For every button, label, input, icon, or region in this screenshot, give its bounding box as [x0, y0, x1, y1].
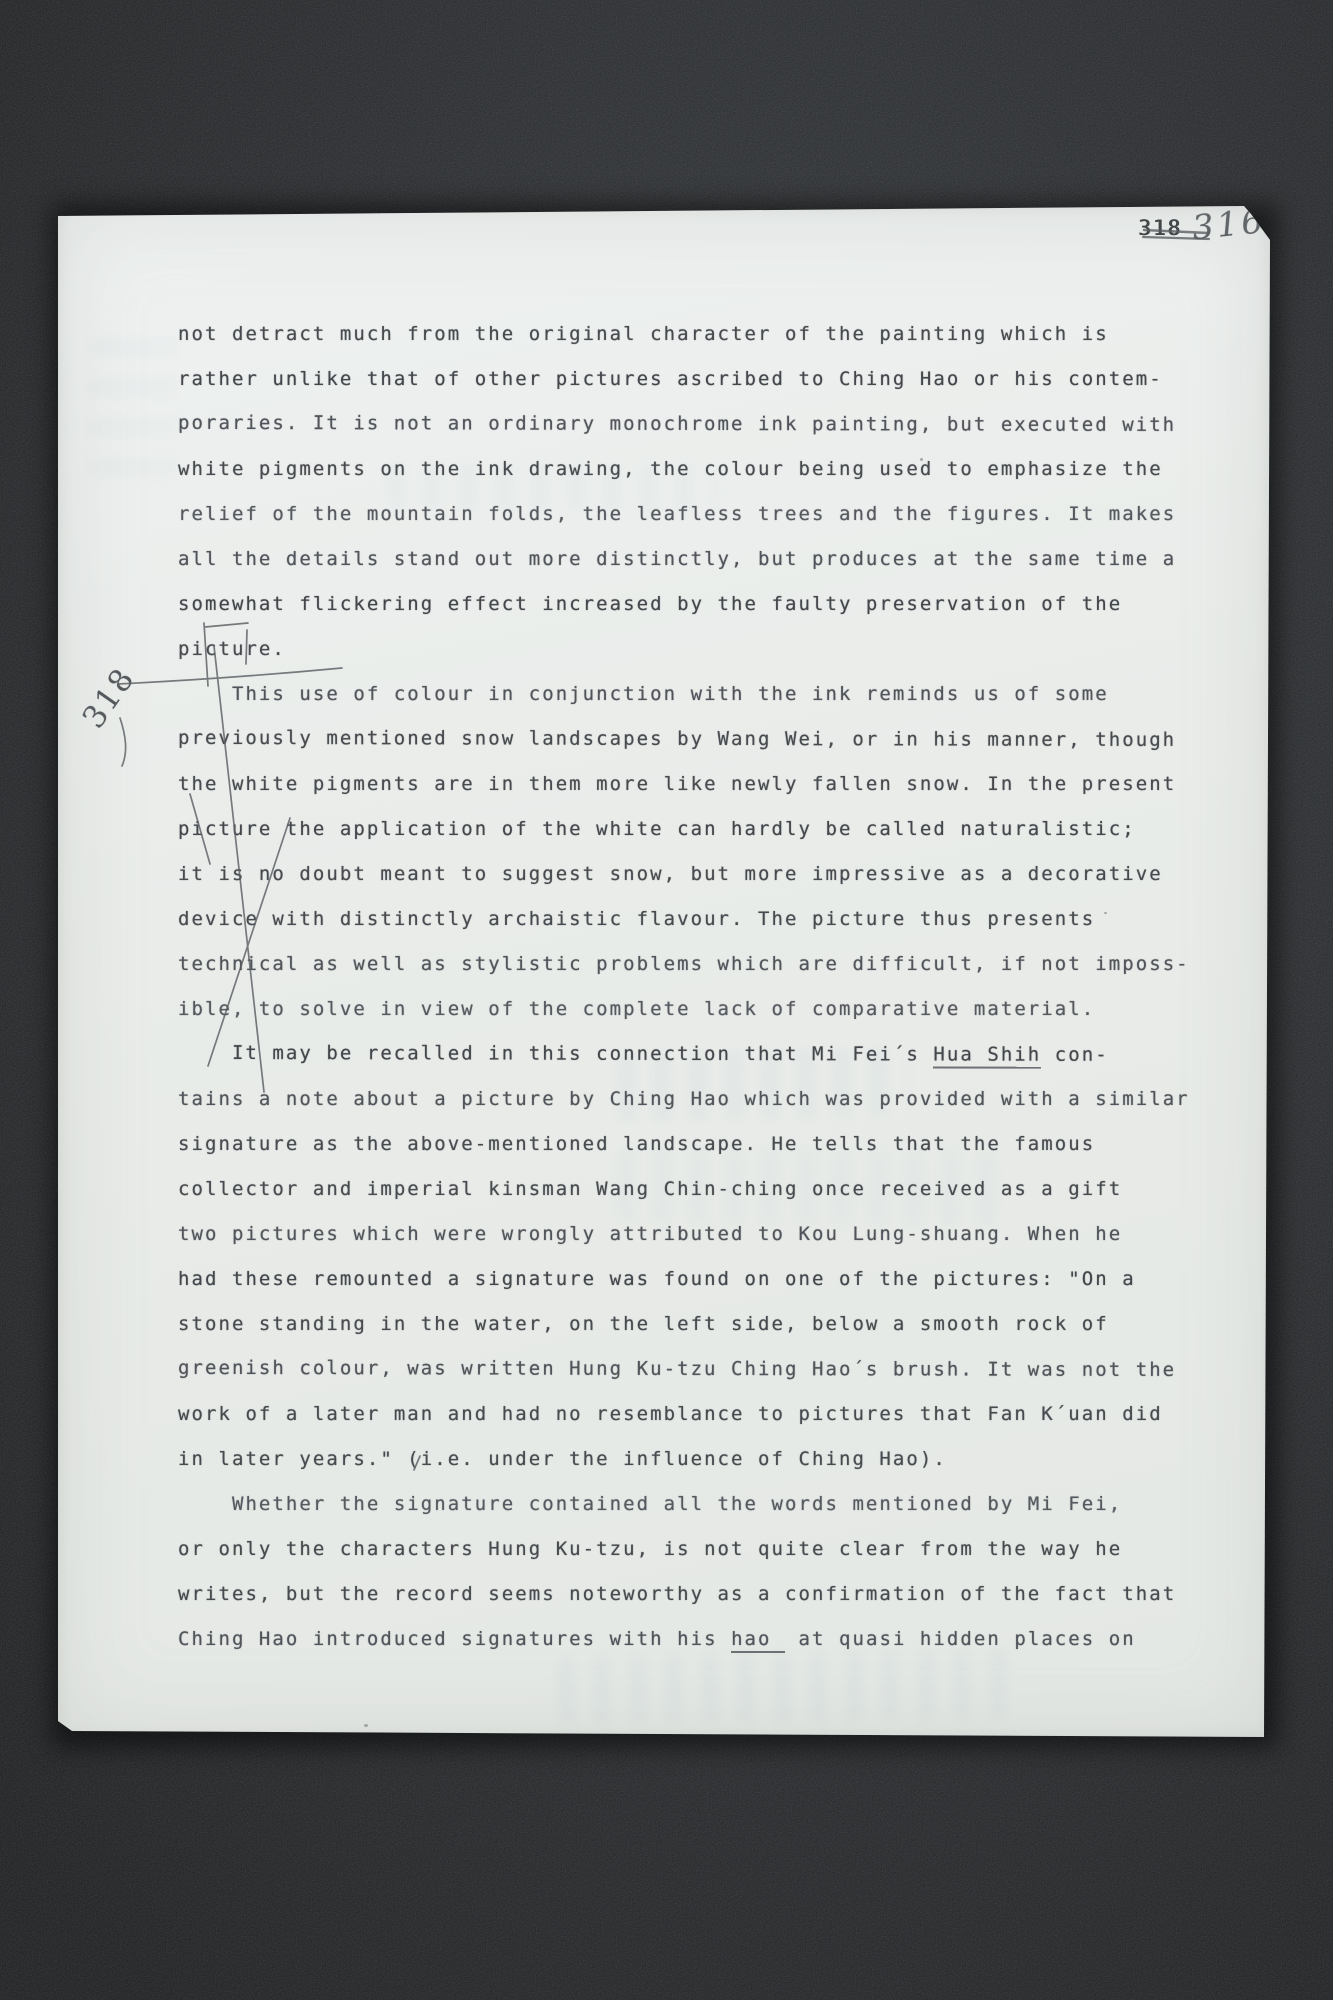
pencil-marks [58, 206, 1270, 1738]
paper-speck [1104, 912, 1107, 914]
paper-speck [920, 458, 923, 461]
scanned-document-photo: 318 316. 318 not detract much from the o… [0, 0, 1333, 2000]
manuscript-page: 318 316. 318 not detract much from the o… [58, 206, 1270, 1738]
paper-speck [364, 1724, 368, 1727]
